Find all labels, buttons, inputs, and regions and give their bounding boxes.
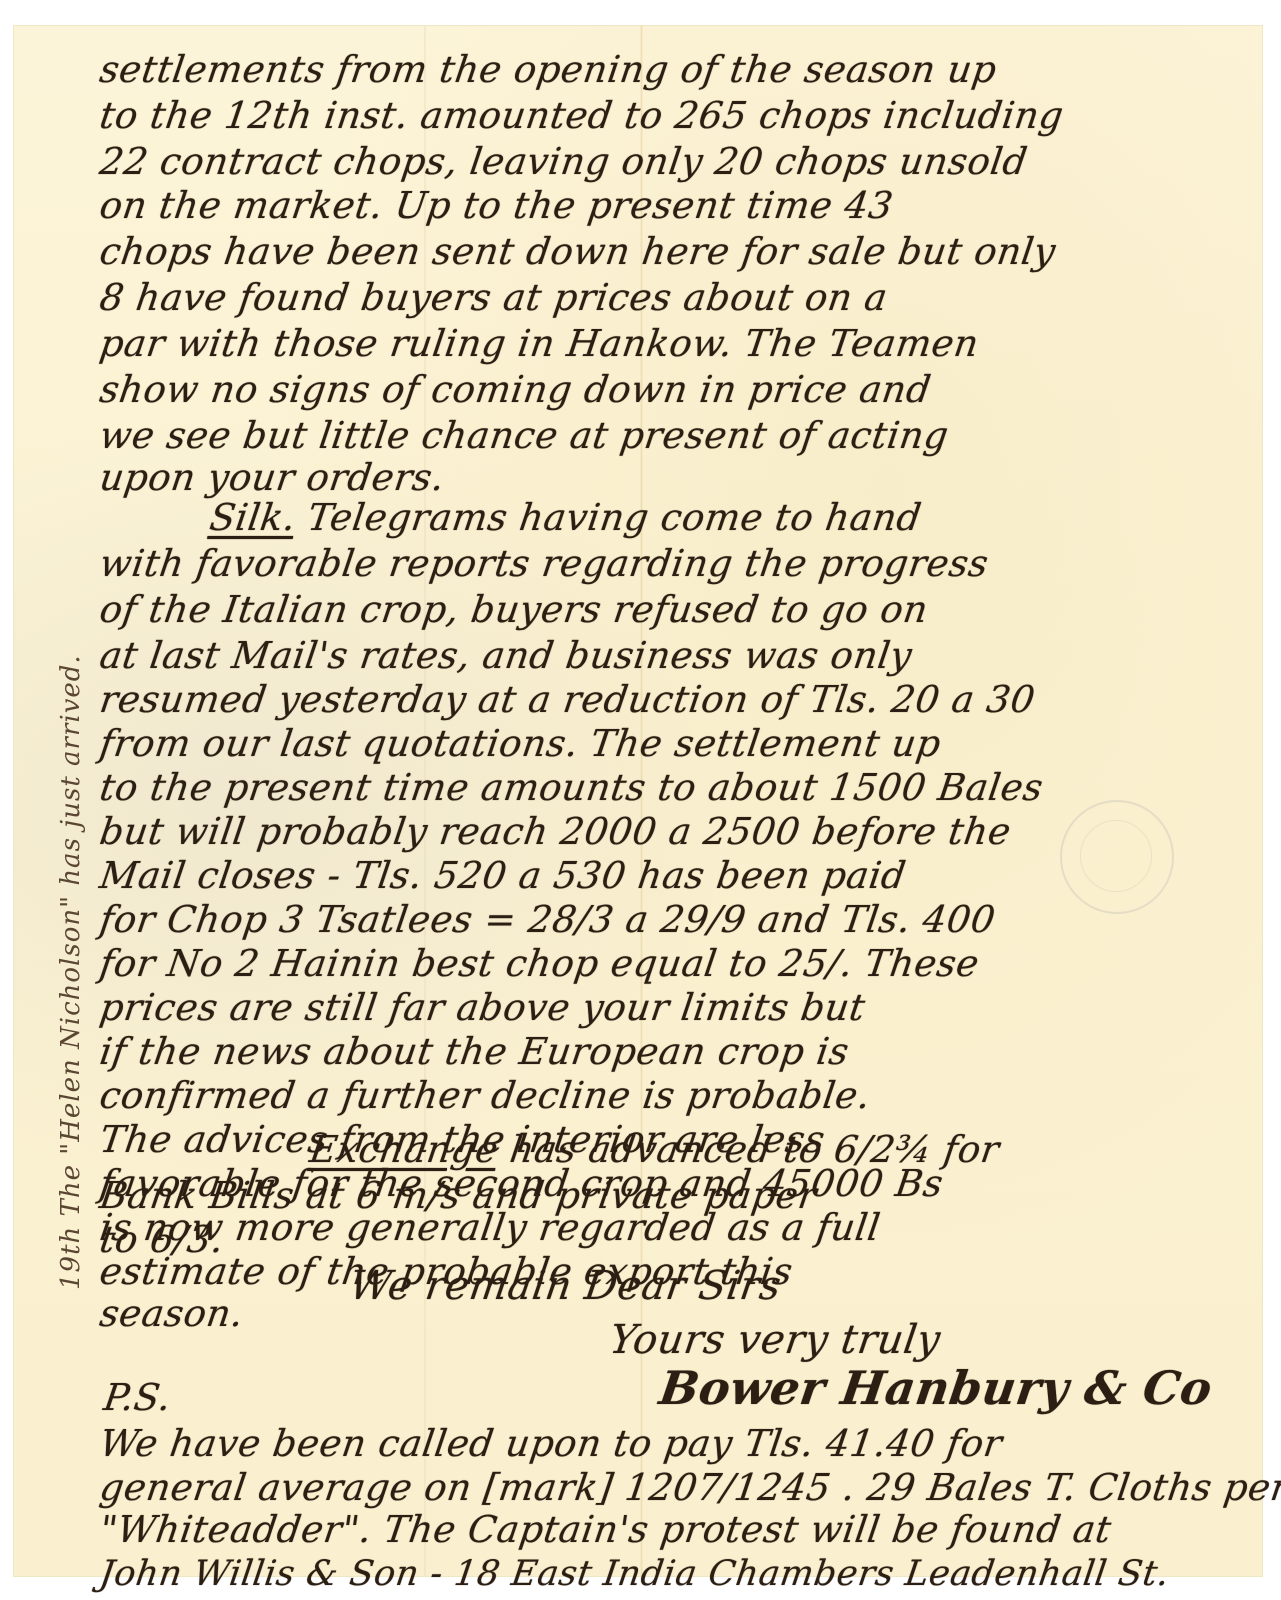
exchange-heading: Exchange xyxy=(307,1128,501,1171)
silk-line: if the news about the European crop is xyxy=(97,1030,852,1074)
closing-salutation: We remain Dear Sirs xyxy=(347,1264,784,1308)
silk-line: at last Mail's rates, and business was o… xyxy=(97,634,915,678)
body-line: show no signs of coming down in price an… xyxy=(97,368,934,412)
body-line: 22 contract chops, leaving only 20 chops… xyxy=(97,140,1030,184)
postscript-label: P.S. xyxy=(101,1376,174,1420)
silk-paragraph-first-line: Silk. Telegrams having come to hand xyxy=(207,496,924,540)
silk-line: from our last quotations. The settlement… xyxy=(97,722,944,766)
silk-line: to the present time amounts to about 150… xyxy=(97,766,1046,810)
silk-line: prices are still far above your limits b… xyxy=(97,986,868,1030)
silk-line: with favorable reports regarding the pro… xyxy=(97,542,991,586)
exchange-line: Bank Bills at 6 m/s and private paper xyxy=(97,1174,820,1218)
postscript-line: We have been called upon to pay Tls. 41.… xyxy=(97,1422,1005,1466)
body-line: we see but little chance at present of a… xyxy=(97,414,951,458)
body-line: 8 have found buyers at prices about on a xyxy=(97,276,890,320)
postscript-line: "Whiteadder". The Captain's protest will… xyxy=(97,1508,1114,1552)
closing-valediction: Yours very truly xyxy=(607,1318,943,1362)
body-line: on the market. Up to the present time 43 xyxy=(97,184,896,228)
body-line: chops have been sent down here for sale … xyxy=(97,230,1059,274)
silk-line: Mail closes - Tls. 520 a 530 has been pa… xyxy=(97,854,909,898)
silk-heading: Silk. xyxy=(207,496,299,539)
exchange-paragraph-first-line: Exchange has advanced to 6/2¾ for xyxy=(307,1128,1002,1172)
body-line: to the 12th inst. amounted to 265 chops … xyxy=(97,94,1066,138)
silk-line: Telegrams having come to hand xyxy=(305,496,924,539)
silk-line: season. xyxy=(97,1292,246,1336)
silk-line: for Chop 3 Tsatlees = 28/3 a 29/9 and Tl… xyxy=(97,898,998,942)
postscript-line: general average on [mark] 1207/1245 . 29… xyxy=(97,1466,1281,1510)
body-line: settlements from the opening of the seas… xyxy=(97,48,1000,92)
body-line: upon your orders. xyxy=(97,456,448,500)
silk-line: resumed yesterday at a reduction of Tls.… xyxy=(97,678,1038,722)
silk-line: confirmed a further decline is probable. xyxy=(97,1074,873,1118)
silk-line: of the Italian crop, buyers refused to g… xyxy=(97,588,931,632)
faint-postmark-inner-ring xyxy=(1080,820,1152,892)
silk-line: but will probably reach 2000 a 2500 befo… xyxy=(97,810,1014,854)
body-line: par with those ruling in Hankow. The Tea… xyxy=(97,322,982,366)
silk-line: for No 2 Hainin best chop equal to 25/. … xyxy=(97,942,982,986)
signature: Bower Hanbury & Co xyxy=(657,1366,1215,1410)
postscript-line: John Willis & Son - 18 East India Chambe… xyxy=(97,1552,1172,1596)
margin-note-vertical: 19th The "Helen Nicholson" has just arri… xyxy=(56,654,86,1290)
exchange-line: has advanced to 6/2¾ for xyxy=(507,1128,1002,1171)
exchange-line: to 6/3. xyxy=(97,1218,227,1262)
